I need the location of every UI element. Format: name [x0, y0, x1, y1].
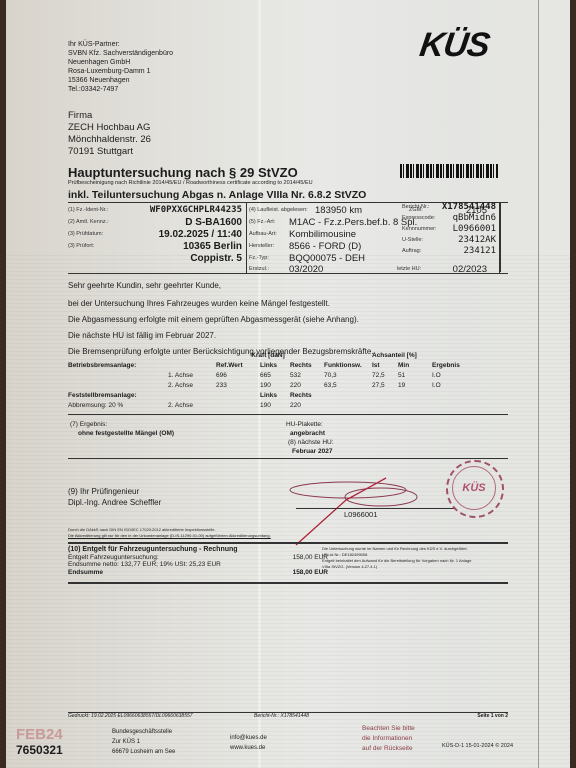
express-code-value: qBbMidn6 [453, 213, 496, 223]
test-place-value: 10365 Berlin [183, 241, 242, 252]
plate-value: D S-BA1600 [185, 217, 242, 228]
office-address: Bundesgeschäftsstelle Zur KÜS 1 66679 Lo… [112, 727, 175, 757]
brake-row: 1. Achse69666553270,372,551I.O [68, 370, 464, 380]
mileage-value: 183950 km [315, 205, 362, 216]
test-date-value: 19.02.2025 / 11:40 [159, 229, 242, 240]
result-section: (7) Ergebnis: ohne festgestellte Mängel … [70, 420, 174, 438]
manufacturer-value: 8566 - FORD (D) [289, 241, 361, 252]
hu-section: HU-Plakette: angebracht (8) nächste HU: … [286, 420, 334, 456]
model-type-value: BQQ00075 - DEH [289, 253, 365, 264]
barcode [400, 164, 498, 178]
fin-value: WF0PXXGCHPLR44235 [150, 205, 242, 215]
invoice-section: (10) Entgelt für Fahrzeuguntersuchung - … [68, 546, 328, 576]
email-link[interactable]: info@kues.de [230, 733, 267, 743]
accreditation-note: Durch die DAkkS nach DIN EN ISO/IEC 1702… [68, 527, 271, 539]
web-link[interactable]: www.kues.de [230, 743, 267, 753]
recipient-address: Firma ZECH Hochbau AG Mönchhaldenstr. 26… [68, 110, 151, 158]
vehicle-id-column: (1) Fz.-Ident-Nr.:WF0PXXGCHPLR44235 (2) … [68, 203, 247, 273]
document-page: Ihr KÜS-Partner: SVBN Kfz. Sachverständi… [6, 0, 570, 768]
body-type-value: Kombilimousine [289, 229, 356, 240]
inspector-stamp: KÜS [446, 460, 504, 518]
brake-test-table: Kraft [daN]Achsanteil [%] Betriebsbremsa… [68, 350, 468, 410]
report-number-value: X178541448 [442, 202, 496, 212]
result-value: ohne festgestellte Mängel (OM) [70, 429, 174, 438]
document-subtitle: Prüfbescheinigung nach Richtlinie 2014/4… [68, 180, 313, 186]
order-value: 234121 [463, 246, 496, 256]
divider [68, 542, 508, 544]
divider [68, 458, 508, 459]
last-hu-value: 02/2023 [453, 264, 487, 275]
document-title-secondary: inkl. Teiluntersuchung Abgas n. Anlage V… [68, 189, 366, 201]
inspector-section: (9) Ihr Prüfingenieur Dipl.-Ing. Andree … [68, 486, 161, 508]
first-reg-value: 03/2020 [289, 264, 323, 275]
kues-logo: KÜS [417, 26, 491, 65]
page-number: Seite 1 von 2 [477, 713, 508, 719]
footer-print-line: Gedruckt: 19.02.2025 EL09660638557/DL096… [68, 713, 508, 719]
next-hu-value: Februar 2027 [286, 447, 334, 456]
signature-line [296, 508, 456, 509]
letter-body: Sehr geehrte Kundin, sehr geehrter Kunde… [68, 278, 374, 360]
form-code: KÜS-D-1 15-01-2024 © 2024 [442, 743, 513, 749]
contact-info: info@kues.de www.kues.de [230, 733, 267, 753]
station-value: 23412AK [458, 235, 496, 245]
id-number-value: L0966001 [453, 224, 496, 234]
document-title: Hauptuntersuchung nach § 29 StVZO [68, 165, 298, 180]
invoice-note: Die Untersuchung wurde im Namen und für … [322, 546, 512, 570]
divider [68, 414, 508, 415]
report-box-divider [500, 202, 501, 272]
divider [68, 582, 508, 584]
partner-address: Ihr KÜS-Partner: SVBN Kfz. Sachverständi… [68, 40, 173, 94]
test-street-value: Coppistr. 5 [190, 253, 242, 264]
vehicle-type-value: M1AC - Fz.z.Pers.bef.b. 8 Spl. [289, 217, 417, 228]
receipt-stamp-month: FEB24 [16, 726, 63, 743]
inspector-id: L0966001 [344, 510, 377, 519]
brake-row: 2. Achse23319022063,527,519I.O [68, 380, 464, 390]
paper-edge [538, 0, 539, 768]
back-page-note: Beachten Sie bitte die Informationen auf… [362, 724, 415, 754]
receipt-stamp-number: 7650321 [16, 743, 63, 757]
parking-brake-row: Abbremsung: 20 %2. Achse190220 [68, 400, 464, 410]
